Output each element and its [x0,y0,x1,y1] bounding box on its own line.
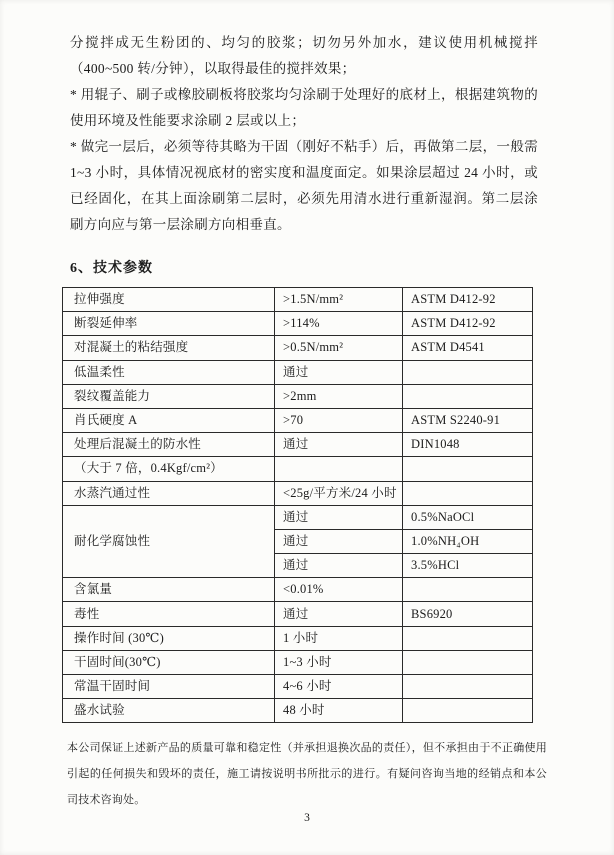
value-cell: <25g/平方米/24 小时 [275,481,403,505]
table-row: 肖氏硬度 A>70ASTM S2240-91 [63,408,533,432]
param-cell: 干固时间(30℃) [63,650,275,674]
paragraph: 分搅拌成无生粉团的、均匀的胶浆；切勿另外加水，建议使用机械搅拌（400~500 … [70,30,538,82]
param-cell: 裂纹覆盖能力 [63,384,275,408]
table-row: 对混凝土的粘结强度>0.5N/mm²ASTM D4541 [63,336,533,360]
value-cell [275,457,403,481]
table-row: 水蒸汽通过性<25g/平方米/24 小时 [63,481,533,505]
value-cell: 1~3 小时 [275,650,403,674]
param-cell: 低温柔性 [63,360,275,384]
value-cell: >114% [275,312,403,336]
param-cell: 对混凝土的粘结强度 [63,336,275,360]
param-cell: 耐化学腐蚀性 [63,505,275,578]
table-row: （大于 7 倍，0.4Kgf/cm²） [63,457,533,481]
standard-cell: ASTM S2240-91 [403,408,533,432]
table-row: 操作时间 (30℃)1 小时 [63,626,533,650]
standard-cell: ASTM D412-92 [403,288,533,312]
parameters-table: 拉伸强度>1.5N/mm²ASTM D412-92断裂延伸率>114%ASTM … [62,287,533,723]
table-row: 耐化学腐蚀性通过0.5%NaOCl [63,505,533,529]
param-cell: 毒性 [63,602,275,626]
value-cell: >2mm [275,384,403,408]
value-cell: 48 小时 [275,699,403,723]
footer-disclaimer: 本公司保证上述新产品的质量可靠和稳定性（并承担退换次品的责任），但不承担由于不正… [67,735,547,813]
table-row: 处理后混凝土的防水性通过DIN1048 [63,433,533,457]
parameters-table-body: 拉伸强度>1.5N/mm²ASTM D412-92断裂延伸率>114%ASTM … [63,288,533,723]
paragraph: * 用辊子、刷子或橡胶刷板将胶浆均匀涂刷于处理好的底材上，根据建筑物的使用环境及… [70,82,538,134]
param-cell: （大于 7 倍，0.4Kgf/cm²） [63,457,275,481]
param-cell: 拉伸强度 [63,288,275,312]
paragraph: * 做完一层后，必须等待其略为干固（刚好不粘手）后，再做第二层，一般需 1~3 … [70,134,538,238]
value-cell: >0.5N/mm² [275,336,403,360]
standard-cell: ASTM D4541 [403,336,533,360]
table-row: 拉伸强度>1.5N/mm²ASTM D412-92 [63,288,533,312]
standard-cell [403,650,533,674]
document-page: 分搅拌成无生粉团的、均匀的胶浆；切勿另外加水，建议使用机械搅拌（400~500 … [0,0,614,855]
table-row: 裂纹覆盖能力>2mm [63,384,533,408]
standard-cell [403,481,533,505]
value-cell: <0.01% [275,578,403,602]
table-row: 含氯量<0.01% [63,578,533,602]
param-cell: 水蒸汽通过性 [63,481,275,505]
value-cell: 1 小时 [275,626,403,650]
standard-cell: 3.5%HCl [403,554,533,578]
table-row: 盛水试验48 小时 [63,699,533,723]
param-cell: 操作时间 (30℃) [63,626,275,650]
standard-cell [403,360,533,384]
standard-cell [403,578,533,602]
standard-cell: ASTM D412-92 [403,312,533,336]
standard-cell [403,457,533,481]
value-cell: 通过 [275,433,403,457]
table-row: 毒性通过BS6920 [63,602,533,626]
standard-cell: 0.5%NaOCl [403,505,533,529]
param-cell: 肖氏硬度 A [63,408,275,432]
standard-cell [403,384,533,408]
standard-cell: DIN1048 [403,433,533,457]
param-cell: 处理后混凝土的防水性 [63,433,275,457]
value-cell: 通过 [275,505,403,529]
section-title: 6、技术参数 [70,257,153,277]
value-cell: 通过 [275,360,403,384]
param-cell: 常温干固时间 [63,675,275,699]
page-number: 3 [0,812,614,824]
table-row: 干固时间(30℃)1~3 小时 [63,650,533,674]
value-cell: >1.5N/mm² [275,288,403,312]
table-row: 断裂延伸率>114%ASTM D412-92 [63,312,533,336]
value-cell: 通过 [275,602,403,626]
value-cell: >70 [275,408,403,432]
standard-cell: 1.0%NH₄OH [403,529,533,553]
param-cell: 断裂延伸率 [63,312,275,336]
value-cell: 通过 [275,529,403,553]
standard-cell [403,699,533,723]
table-row: 低温柔性通过 [63,360,533,384]
standard-cell: BS6920 [403,602,533,626]
body-paragraphs: 分搅拌成无生粉团的、均匀的胶浆；切勿另外加水，建议使用机械搅拌（400~500 … [70,30,538,238]
param-cell: 含氯量 [63,578,275,602]
standard-cell [403,675,533,699]
param-cell: 盛水试验 [63,699,275,723]
table-row: 常温干固时间4~6 小时 [63,675,533,699]
value-cell: 4~6 小时 [275,675,403,699]
value-cell: 通过 [275,554,403,578]
standard-cell [403,626,533,650]
